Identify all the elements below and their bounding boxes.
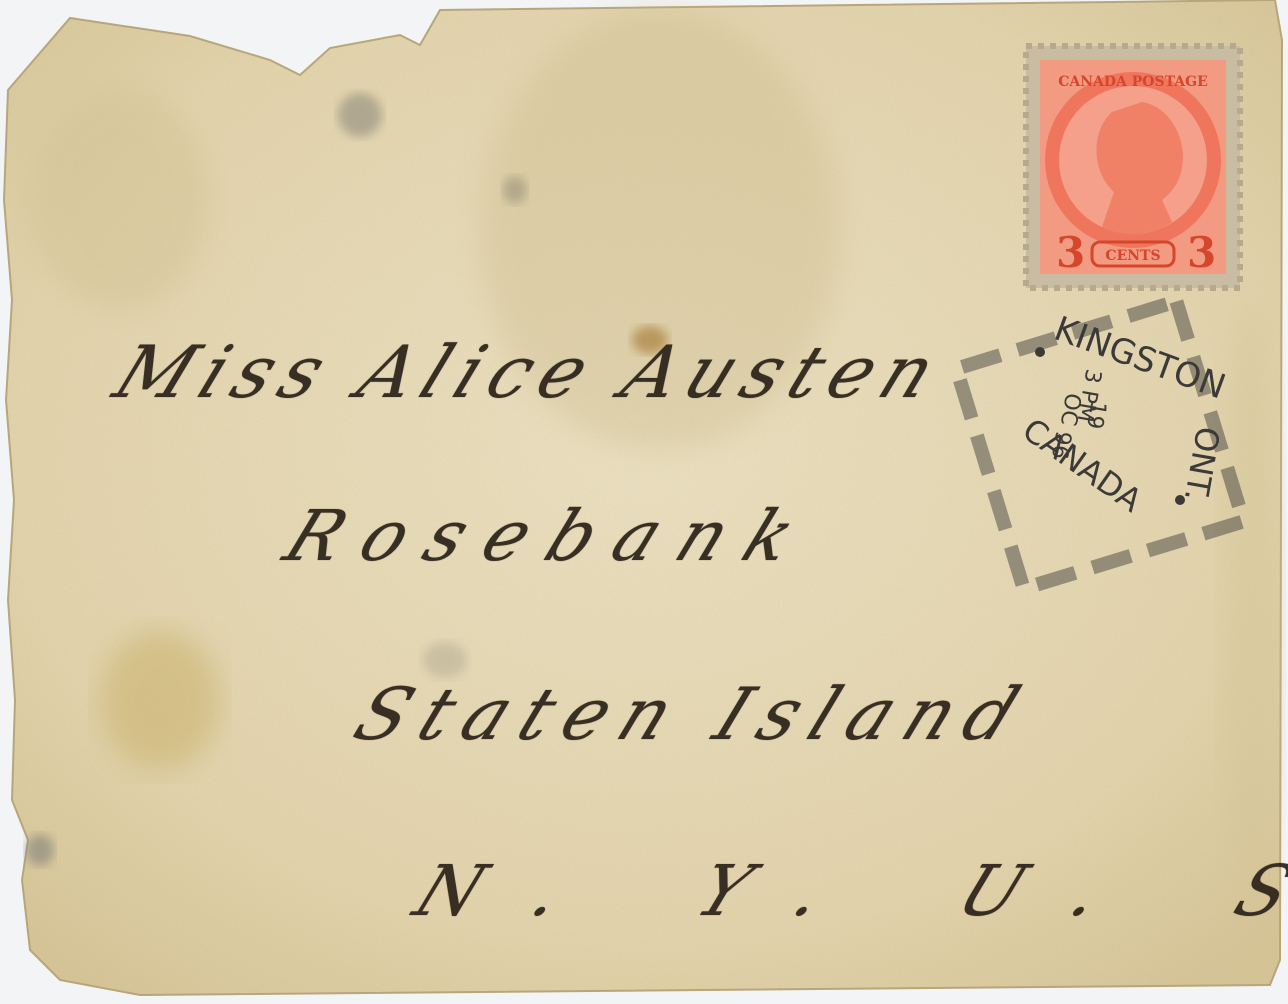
stamp-denomination-right: 3 (1187, 228, 1216, 277)
address-recipient: Miss Alice Austen (103, 330, 958, 414)
stamp-country-text: CANADA POSTAGE (1058, 74, 1208, 90)
postmark-month: OC (1055, 391, 1085, 428)
address-locality: Rosebank (273, 495, 828, 577)
address-state-country: N. Y. U. S. (403, 850, 1288, 932)
stamp-cents-label: CENTS (1105, 248, 1160, 264)
postmark-province: ONT. (1177, 424, 1227, 505)
postmark-country: CANADA (1016, 411, 1149, 520)
address-island: Staten Island (343, 672, 1045, 756)
postmark-day: 19 (1081, 399, 1110, 431)
stamp-denomination-left: 3 (1056, 228, 1085, 277)
postmark-cancellation: KINGSTON ONT. CANADA 3 PM OC 19 96 (925, 290, 1275, 600)
postmark-year: 96 (1046, 429, 1075, 461)
envelope-photo: CANADA POSTAGE 3 3 CENTS KINGSTON ONT. C… (0, 0, 1288, 1004)
postmark-city: KINGSTON (1049, 309, 1231, 408)
postage-stamp: CANADA POSTAGE 3 3 CENTS (1022, 42, 1244, 292)
